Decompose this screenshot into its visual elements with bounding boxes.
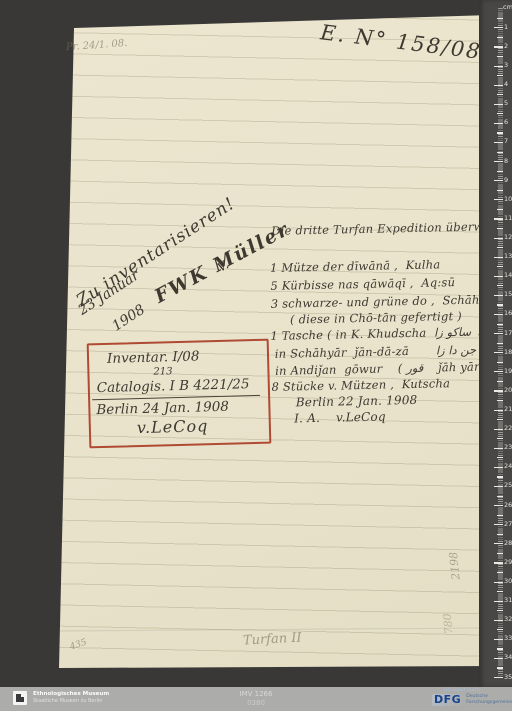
- ruler-cm-tick: [494, 505, 503, 506]
- ruler-half-tick: [497, 572, 503, 573]
- pencil-note-turfan: Turfan II: [243, 631, 302, 648]
- letter-text-block: Die dritte Turfan Expedition überweist 1…: [266, 215, 501, 450]
- letter-line: in Schāhyār ǰān-dā-zā جن دا زا: [275, 344, 477, 360]
- pencil-margin-lower: 780: [442, 613, 456, 635]
- dfg-full-name: Deutsche Forschungsgemeinschaft: [466, 694, 512, 705]
- ruler-half-tick: [497, 362, 503, 363]
- ruler-half-tick: [497, 324, 503, 325]
- ruler-number: 14: [504, 272, 512, 279]
- ruler-number: 15: [504, 291, 512, 298]
- ruler-number: 11: [504, 215, 512, 222]
- ruler-number: 5: [504, 100, 512, 107]
- ruler-number: 29: [504, 559, 512, 566]
- footer-bar: Ethnologisches Museum Staatliche Museen …: [0, 687, 512, 711]
- ruler-unit-label: cm: [503, 3, 512, 11]
- ruler-number: 16: [504, 310, 512, 317]
- letter-line: ( diese in Chō-tān gefertigt ): [290, 310, 462, 326]
- ruler-number: 30: [504, 578, 512, 585]
- ruler-cm-tick: [494, 429, 503, 430]
- ruler-cm-tick: [494, 524, 503, 525]
- redbox-place-date: Berlin 24 Jan. 1908: [96, 400, 229, 418]
- ruler-cm-tick: [494, 467, 503, 468]
- ruler-number: 22: [504, 425, 512, 432]
- ruler-cm-tick: [494, 333, 503, 334]
- letter-heading: Die dritte Turfan Expedition überweist: [271, 220, 505, 237]
- katalog-line: Catalogis. I B 4221/25: [97, 377, 250, 395]
- ruler-cm-tick: [494, 46, 503, 47]
- dfg-name-line2: Forschungsgemeinschaft: [466, 700, 512, 706]
- ruler-number: 24: [504, 463, 512, 470]
- ruler-half-tick: [497, 534, 503, 535]
- ruler-cm-tick: [494, 27, 503, 28]
- ruler-half-tick: [497, 18, 503, 19]
- letter-line: 1 Mütze der dīwānā , Kulha: [270, 258, 441, 274]
- ruler-cm-tick: [494, 66, 503, 67]
- ruler-cm-tick: [494, 620, 503, 621]
- ruler-half-tick: [497, 476, 503, 477]
- ruler-half-tick: [497, 132, 503, 133]
- ruler-cm-tick: [494, 295, 503, 296]
- ruler-cm-tick: [494, 582, 503, 583]
- ruler-cm-tick: [494, 677, 503, 678]
- ruler-half-tick: [497, 209, 503, 210]
- ruler-number: 6: [504, 119, 512, 126]
- ruler-half-tick: [497, 94, 503, 95]
- ruler-number: 23: [504, 444, 512, 451]
- dfg-logo: DFG Deutsche Forschungsgemeinschaft: [432, 694, 510, 706]
- ruler-number: 13: [504, 253, 512, 260]
- ruler-cm-tick: [494, 161, 503, 162]
- ruler-number: 25: [504, 482, 512, 489]
- ruler-half-tick: [497, 457, 503, 458]
- ruler-number: 4: [504, 81, 512, 88]
- ruler-half-tick: [497, 515, 503, 516]
- ruler-cm-tick: [494, 390, 503, 391]
- ruler-half-tick: [497, 228, 503, 229]
- ruler-number: 28: [504, 540, 512, 547]
- letter-line: Berlin 22 Jan. 1908: [296, 394, 418, 409]
- pencil-margin-upper: 2198: [448, 551, 462, 580]
- ruler-half-tick: [497, 610, 503, 611]
- scan-stage: Pr. 24/1. 08. E. N° 158/08 Zu inventaris…: [0, 0, 512, 711]
- funder-block: Gefördert durch DFG Deutsche Forschungsg…: [432, 688, 510, 706]
- ruler-half-tick: [497, 591, 503, 592]
- letter-line: 5 Kürbisse nas qāwāqī , Aq:sū: [270, 276, 455, 292]
- ruler-half-tick: [497, 419, 503, 420]
- ruler-cm-tick: [494, 371, 503, 372]
- ruler-half-tick: [497, 438, 503, 439]
- ruler-number: 10: [504, 196, 512, 203]
- ruler-half-tick: [497, 667, 503, 668]
- inventar-line: Inventar. I/08: [107, 349, 200, 366]
- ruler-half-tick: [497, 113, 503, 114]
- ruler-number: 27: [504, 521, 512, 528]
- ruler-half-tick: [497, 247, 503, 248]
- ruler-number: 34: [504, 654, 512, 661]
- ruler-number: 19: [504, 368, 512, 375]
- ruler-half-tick: [497, 266, 503, 267]
- ruler-number: 31: [504, 597, 512, 604]
- ruler-half-tick: [497, 553, 503, 554]
- ruler-number: 20: [504, 387, 512, 394]
- ruler-number: 35: [504, 674, 512, 681]
- redbox-signature: v.LeCoq: [137, 418, 209, 437]
- ruler-half-tick: [497, 343, 503, 344]
- ruler-half-tick: [497, 190, 503, 191]
- dfg-wordmark: DFG: [432, 694, 463, 706]
- ruler-cm-tick: [494, 562, 503, 563]
- ruler-cm-tick: [494, 180, 503, 181]
- ruler-half-tick: [497, 171, 503, 172]
- ruler-cm-tick: [494, 218, 503, 219]
- ruler-half-tick: [497, 56, 503, 57]
- ruler-half-tick: [497, 381, 503, 382]
- ruler-half-tick: [497, 285, 503, 286]
- letter-line: I. A. v.LeCoq: [294, 411, 386, 426]
- inventar-sub: 213: [153, 367, 172, 378]
- ruler-half-tick: [497, 629, 503, 630]
- ruler-number: 17: [504, 330, 512, 337]
- ruler-cm-tick: [494, 238, 503, 239]
- ruler-cm-tick: [494, 352, 503, 353]
- ruler-number: 8: [504, 158, 512, 165]
- ruler-half-tick: [497, 304, 503, 305]
- ruler-cm-tick: [494, 410, 503, 411]
- ruler-half-tick: [497, 75, 503, 76]
- ruler-cm-tick: [494, 142, 503, 143]
- ruler-half-tick: [497, 648, 503, 649]
- ruler-cm-tick: [494, 658, 503, 659]
- ruler-number: 26: [504, 502, 512, 509]
- ruler-number: 21: [504, 406, 512, 413]
- ruler-number: 1: [504, 24, 512, 31]
- letter-line: 8 Stücke v. Mützen , Kutscha: [271, 377, 450, 393]
- ruler-cm-tick: [494, 199, 503, 200]
- ruler-cm-tick: [494, 257, 503, 258]
- cm-ruler: cm 1234567891011121314151617181920212223…: [479, 0, 512, 687]
- ruler-number: 32: [504, 616, 512, 623]
- ruler-number: 7: [504, 138, 512, 145]
- ruler-half-tick: [497, 496, 503, 497]
- ruler-cm-tick: [494, 85, 503, 86]
- ruler-cm-tick: [494, 543, 503, 544]
- ruler-cm-tick: [494, 601, 503, 602]
- ruler-cm-tick: [494, 123, 503, 124]
- ruler-cm-tick: [494, 276, 503, 277]
- ruler-number: 12: [504, 234, 512, 241]
- ruler-cm-tick: [494, 639, 503, 640]
- ruler-half-tick: [497, 400, 503, 401]
- ruler-number: 3: [504, 62, 512, 69]
- ruler-number: 18: [504, 349, 512, 356]
- ruler-cm-tick: [494, 486, 503, 487]
- inventory-red-box: Inventar. I/08 213 Catalogis. I B 4221/2…: [87, 339, 272, 449]
- ruler-cm-tick: [494, 314, 503, 315]
- letter-line: 3 schwarze- und grüne do , Schāh-yār: [271, 293, 504, 310]
- ruler-number: 2: [504, 43, 512, 50]
- ruler-number: 33: [504, 635, 512, 642]
- ruler-cm-tick: [494, 104, 503, 105]
- ruler-half-tick: [497, 152, 503, 153]
- letter-line: in Andiǰan gōwur ( قور ǰāh yār: [275, 361, 480, 377]
- letter-line: 1 Tasche ( in K. Khudscha ساكو زا sā kō …: [270, 324, 512, 342]
- ruler-number: 9: [504, 177, 512, 184]
- ruler-cm-tick: [494, 448, 503, 449]
- ruler-half-tick: [497, 37, 503, 38]
